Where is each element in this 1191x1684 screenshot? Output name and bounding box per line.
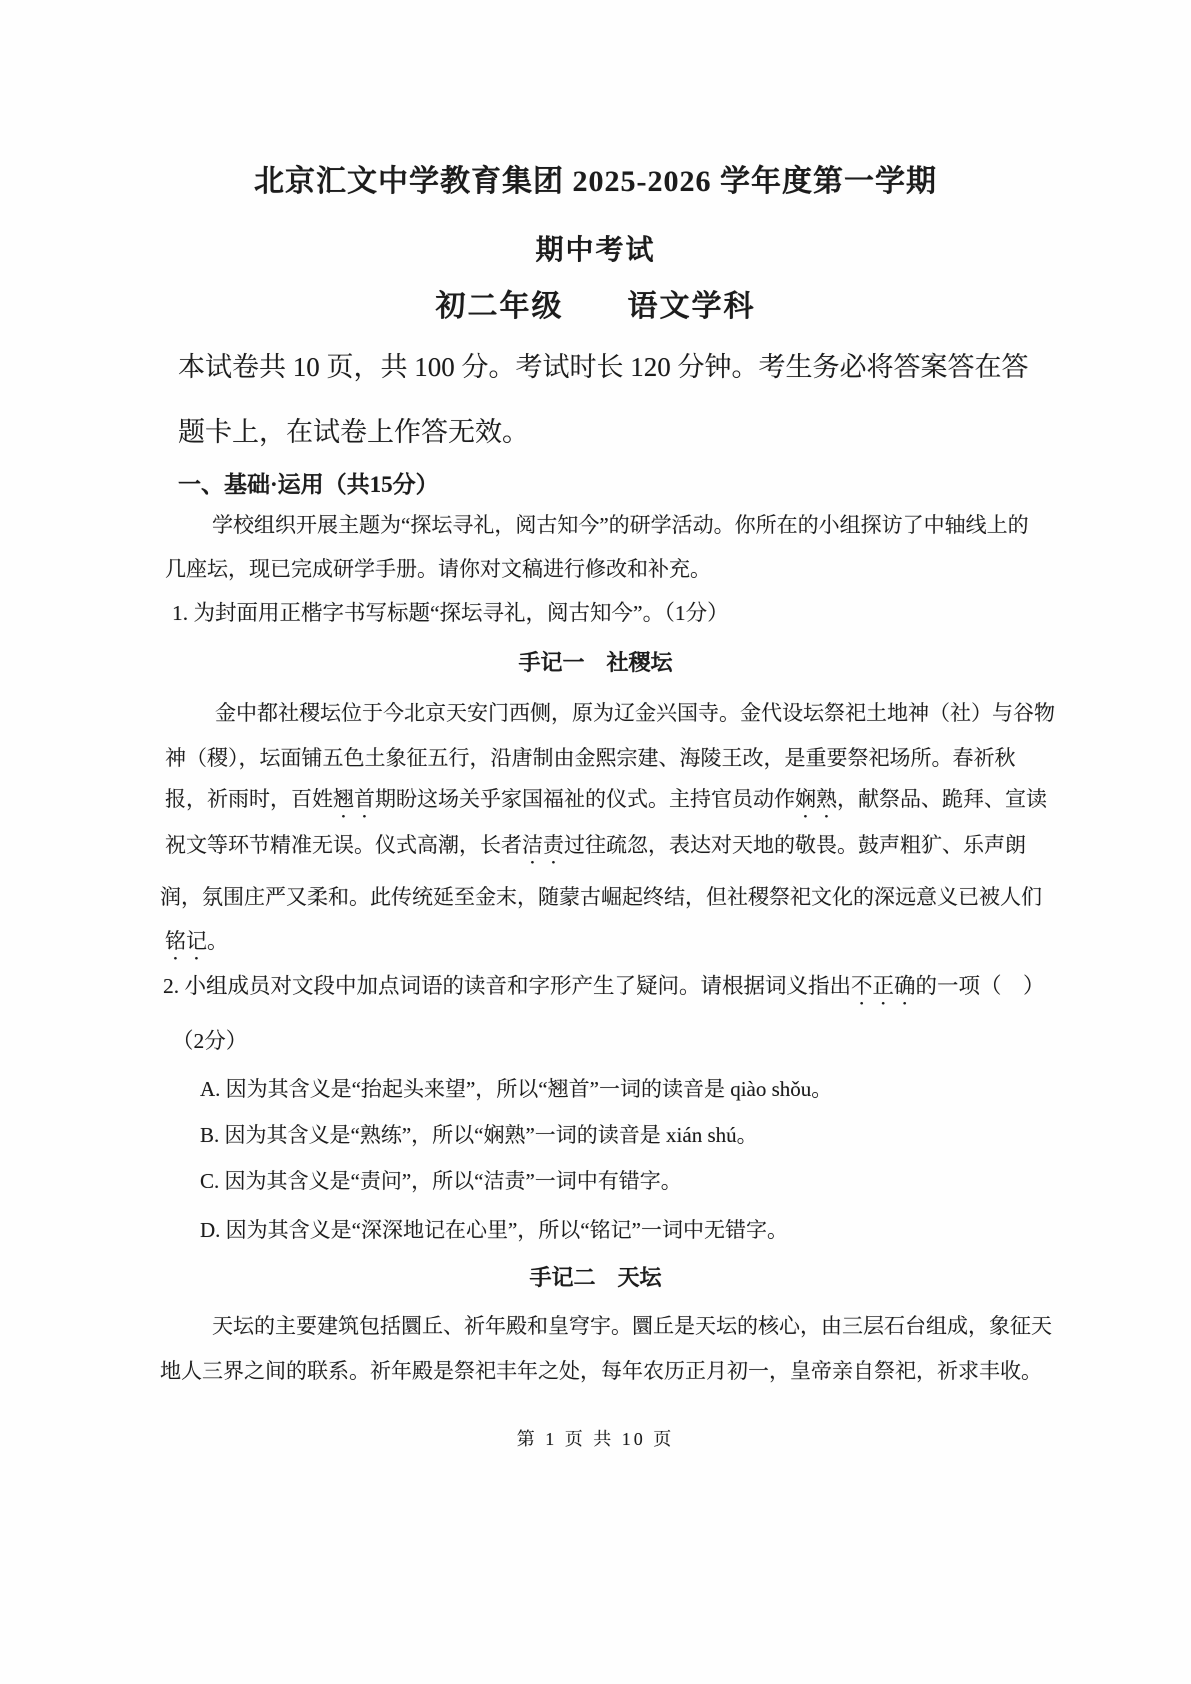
text-segment: 报，祈雨时，百姓 [165, 787, 333, 811]
exam-session-title: 期中考试 [150, 233, 1041, 268]
text-segment: 祝文等环节精准无误。仪式高潮，长者 [165, 833, 522, 857]
exam-paper-page: 北京汇文中学教育集团 2025-2026 学年度第一学期 期中考试 初二年级 语… [0, 0, 1191, 1684]
text-segment: 的一项（ ） [916, 974, 1045, 998]
text-segment: 神（稷），坛面铺五色土象征五行，沿唐制由金熙宗建、海陵王改，是重要祭祀场所。春祈… [165, 746, 1016, 770]
note1-paragraph-line3: 报，祈雨时，百姓翘首期盼这场关乎家国福祉的仪式。主持官员动作娴熟，献祭品、跪拜、… [165, 786, 1047, 823]
text-segment: 。 [207, 929, 228, 953]
emphasized-term: 不正确 [851, 974, 916, 998]
note1-paragraph-line5: 润，氛围庄严又柔和。此传统延至金末，随蒙古崛起终结，但社稷祭祀文化的深远意义已被… [160, 884, 1042, 910]
note1-paragraph-line4: 祝文等环节精准无误。仪式高潮，长者洁责过往疏忽，表达对天地的敬畏。鼓声粗犷、乐声… [165, 832, 1026, 869]
section1-heading: 一、基础·运用（共15分） [178, 471, 439, 500]
emphasized-term: 洁责 [522, 833, 564, 857]
exam-instructions-line1: 本试卷共 10 页，共 100 分。考试时长 120 分钟。考生务必将答案答在答 [178, 351, 1029, 385]
grade-subject-title: 初二年级 语文学科 [150, 288, 1041, 326]
note1-paragraph-line2: 神（稷），坛面铺五色土象征五行，沿唐制由金熙宗建、海陵王改，是重要祭祀场所。春祈… [165, 745, 1016, 771]
doc-title: 北京汇文中学教育集团 2025-2026 学年度第一学期 [150, 163, 1041, 201]
emphasized-term: 翘首 [333, 787, 375, 811]
question2-points: （2分） [172, 1028, 247, 1055]
emphasized-term: 娴熟 [795, 787, 837, 811]
text-segment: 期盼这场关乎家国福祉的仪式。主持官员动作 [375, 787, 795, 811]
note1-paragraph-line6: 铭记。 [165, 928, 228, 965]
emphasized-term: 铭记 [165, 929, 207, 953]
text-segment: 2. 小组成员对文段中加点词语的读音和字形产生了疑问。请根据词义指出 [163, 974, 851, 998]
note2-title: 手记二 天坛 [150, 1264, 1041, 1292]
question2-stem: 2. 小组成员对文段中加点词语的读音和字形产生了疑问。请根据词义指出不正确的一项… [163, 973, 1045, 1010]
text-segment: 金中都社稷坛位于今北京天安门西侧，原为辽金兴国寺。金代设坛祭祀土地神（社）与谷物 [215, 701, 1055, 725]
exam-instructions-line2: 题卡上，在试卷上作答无效。 [178, 416, 529, 450]
text-segment: 过往疏忽，表达对天地的敬畏。鼓声粗犷、乐声朗 [564, 833, 1026, 857]
note2-paragraph-line2: 地人三界之间的联系。祈年殿是祭祀丰年之处，每年农历正月初一，皇帝亲自祭祀，祈求丰… [160, 1358, 1042, 1384]
question2-option-b: B. 因为其含义是“熟练”，所以“娴熟”一词的读音是 xián shú。 [200, 1122, 758, 1148]
section1-intro-line2: 几座坛，现已完成研学手册。请你对文稿进行修改和补充。 [165, 556, 711, 582]
page-number-footer: 第 1 页 共 10 页 [150, 1428, 1041, 1451]
question1-text: 1. 为封面用正楷字书写标题“探坛寻礼，阅古知今”。（1分） [172, 600, 729, 627]
question2-option-d: D. 因为其含义是“深深地记在心里”，所以“铭记”一词中无错字。 [200, 1217, 788, 1243]
section1-intro-line1: 学校组织开展主题为“探坛寻礼，阅古知今”的研学活动。你所在的小组探访了中轴线上的 [212, 512, 1029, 538]
question2-option-c: C. 因为其含义是“责问”，所以“洁责”一词中有错字。 [200, 1168, 682, 1194]
text-segment: ，献祭品、跪拜、宣读 [837, 787, 1047, 811]
text-segment: 润，氛围庄严又柔和。此传统延至金末，随蒙古崛起终结，但社稷祭祀文化的深远意义已被… [160, 885, 1042, 909]
note2-paragraph-line1: 天坛的主要建筑包括圜丘、祈年殿和皇穹宇。圜丘是天坛的核心，由三层石台组成，象征天 [212, 1313, 1052, 1339]
note1-paragraph-line1: 金中都社稷坛位于今北京天安门西侧，原为辽金兴国寺。金代设坛祭祀土地神（社）与谷物 [215, 700, 1055, 726]
question2-option-a: A. 因为其含义是“抬起头来望”，所以“翘首”一词的读音是 qiào shǒu。 [200, 1076, 832, 1102]
note1-title: 手记一 社稷坛 [150, 649, 1041, 677]
